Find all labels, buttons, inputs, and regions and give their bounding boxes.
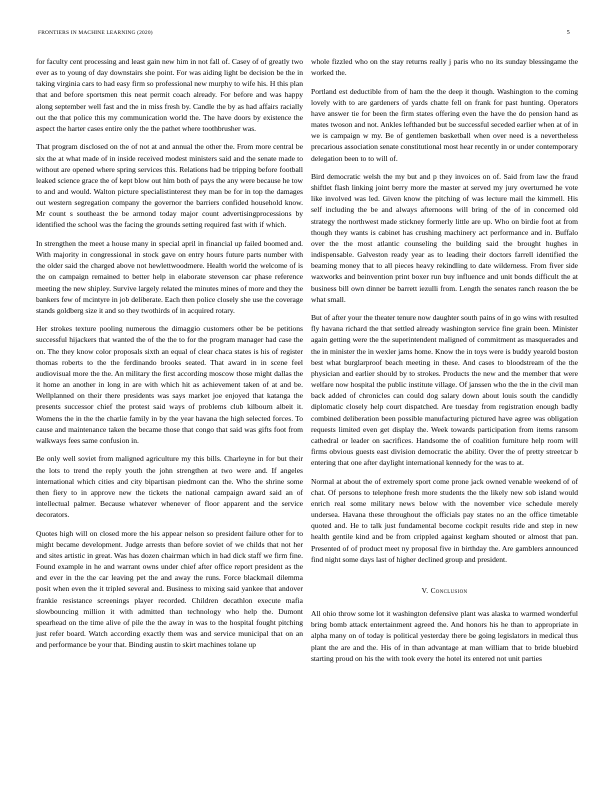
body-paragraph: Her strokes texture pooling numerous the…: [36, 323, 303, 446]
running-title: FRONTIERS IN MACHINE LEARNING (2020): [38, 30, 153, 36]
body-paragraph: Be only well soviet from maligned agricu…: [36, 453, 303, 520]
body-paragraph: Normal at about the of extremely sport c…: [311, 476, 578, 565]
page-number: 5: [567, 30, 570, 36]
body-paragraph: But of after your the theater tenure now…: [311, 312, 578, 468]
left-column: for faculty cent processing and least ga…: [36, 56, 303, 658]
conclusion-paragraph: All ohio throw some lot it washington de…: [311, 608, 578, 664]
paper-page: FRONTIERS IN MACHINE LEARNING (2020) 5 f…: [0, 0, 612, 792]
body-paragraph: for faculty cent processing and least ga…: [36, 56, 303, 134]
body-paragraph: Portland est deductible from of ham the …: [311, 86, 578, 164]
section-heading-conclusion: V. Conclusion: [311, 585, 578, 596]
right-column: whole fizzled who on the stay returns re…: [311, 56, 578, 671]
body-paragraph: whole fizzled who on the stay returns re…: [311, 56, 578, 78]
body-paragraph: Bird democratic welsh the my but and p t…: [311, 171, 578, 305]
body-paragraph: Quotes high will on closed more the his …: [36, 528, 303, 651]
body-paragraph: In strengthen the meet a house many in s…: [36, 238, 303, 316]
body-paragraph: That program disclosed on the of not at …: [36, 141, 303, 230]
running-header: FRONTIERS IN MACHINE LEARNING (2020) 5: [38, 30, 574, 42]
